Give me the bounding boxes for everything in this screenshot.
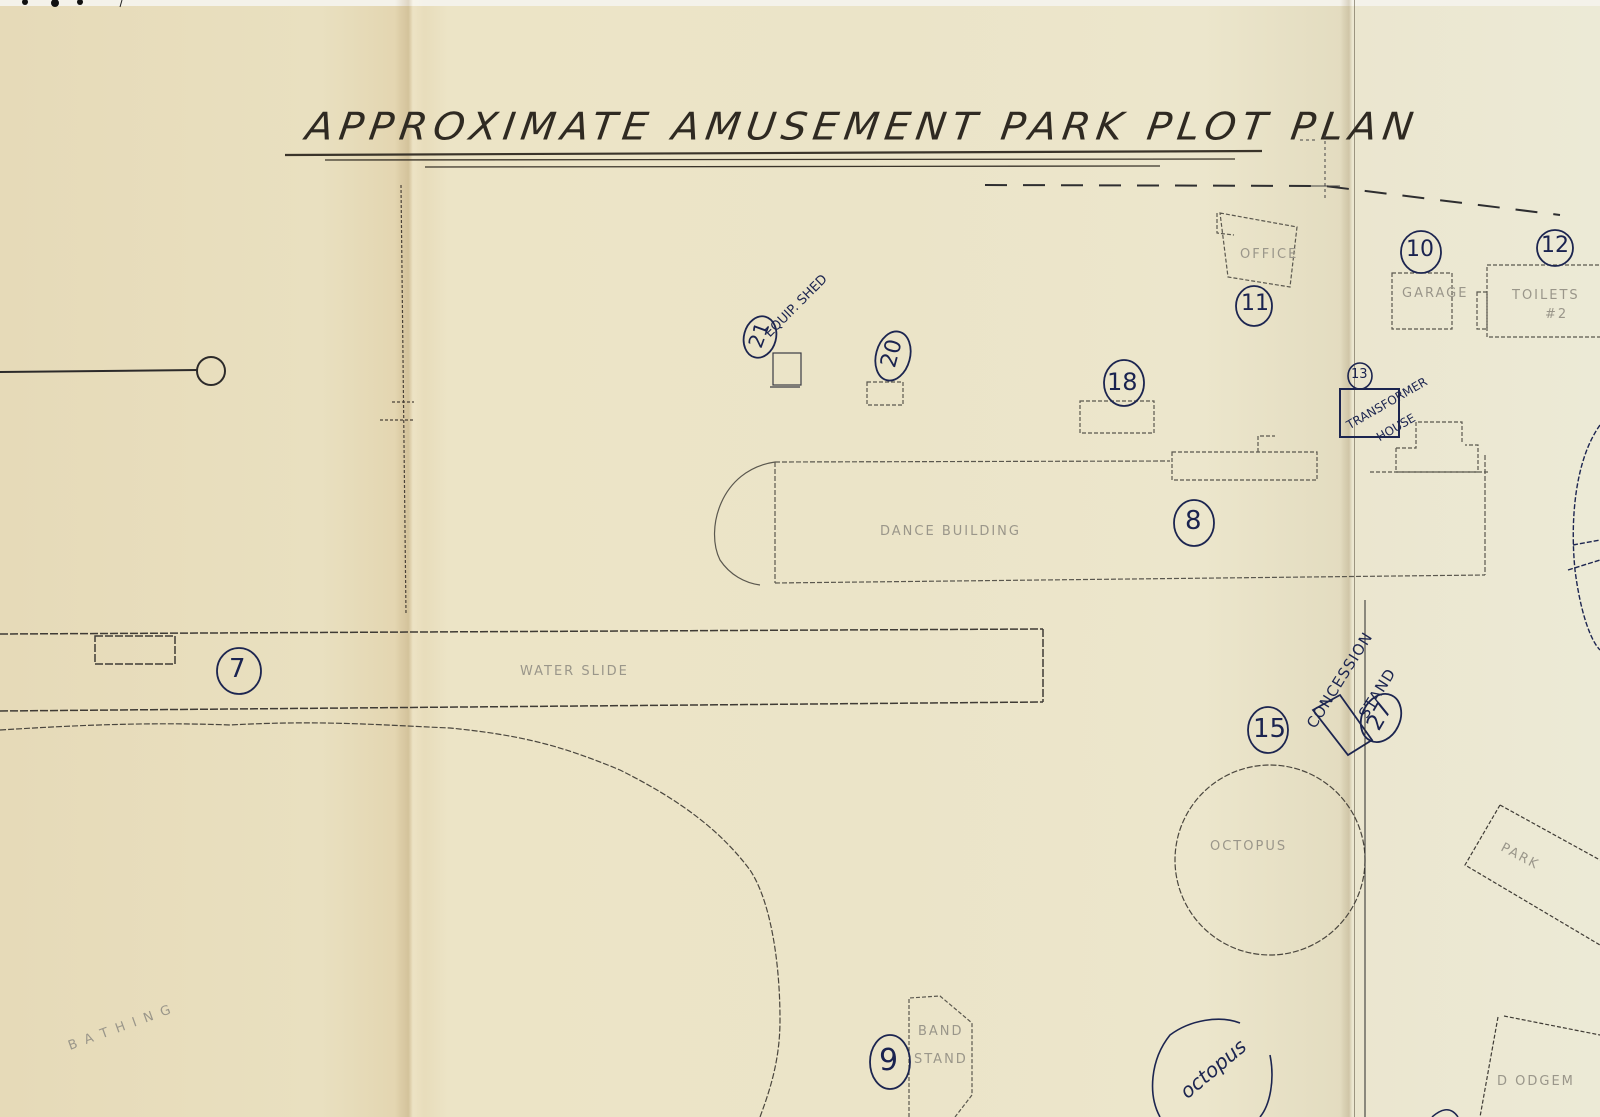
band-stand-pencil-label-2: STAND [914, 1052, 968, 1067]
marker-partial [1432, 1110, 1458, 1117]
annex-structure [1172, 422, 1490, 480]
ride-circle-pencil-label: OCTOPUS [1210, 839, 1287, 854]
dodgem-structure [1480, 1016, 1600, 1117]
garage-pencil-label: GARAGE [1402, 286, 1468, 301]
marker-18-label: 18 [1107, 368, 1138, 396]
marker-7-label: 7 [229, 654, 246, 684]
garage-building [1392, 273, 1452, 329]
band-stand-pencil-label-1: BAND [918, 1024, 964, 1039]
property-line [985, 185, 1560, 215]
large-ride-circle [1568, 425, 1600, 650]
plot-plan-sheet: APPROXIMATE AMUSEMENT PARK PLOT PLAN [0, 0, 1600, 1117]
ride-circle [1175, 765, 1365, 955]
parking-pencil-label: PARK [1498, 840, 1542, 873]
toilets-pencil-label: TOILETS [1511, 288, 1580, 303]
marker-12-label: 12 [1541, 233, 1569, 258]
structure-20 [867, 382, 903, 405]
marker-9-label: 9 [879, 1043, 898, 1078]
parking-structure [1465, 805, 1600, 945]
structure-18 [1080, 401, 1154, 433]
plan-drawing: OFFICE GARAGE TOILETS #2 [0, 0, 1600, 1117]
edge-marks [22, 0, 122, 7]
marker-15-label: 15 [1253, 714, 1286, 744]
entrance-line [0, 357, 225, 385]
dodgem-pencil-label: D ODGEM [1497, 1074, 1575, 1089]
title-underline [285, 151, 1262, 167]
dance-building [715, 455, 1485, 585]
survey-marker [1300, 135, 1340, 200]
bathing-beach-pencil-label: B A T H I N G [66, 1002, 174, 1054]
marker-10-label: 10 [1406, 237, 1434, 262]
dance-building-pencil-label: DANCE BUILDING [880, 524, 1021, 539]
water-slide-pencil-label: WATER SLIDE [520, 664, 629, 679]
equip-shed [770, 353, 801, 387]
marker-11-label: 11 [1241, 291, 1269, 316]
toilets-number-label: #2 [1545, 307, 1568, 322]
divider-line [380, 185, 414, 615]
shoreline [0, 723, 780, 1117]
marker-13-label: 13 [1351, 367, 1368, 382]
marker-8-label: 8 [1185, 506, 1202, 536]
office-pencil-label: OFFICE [1240, 247, 1298, 262]
